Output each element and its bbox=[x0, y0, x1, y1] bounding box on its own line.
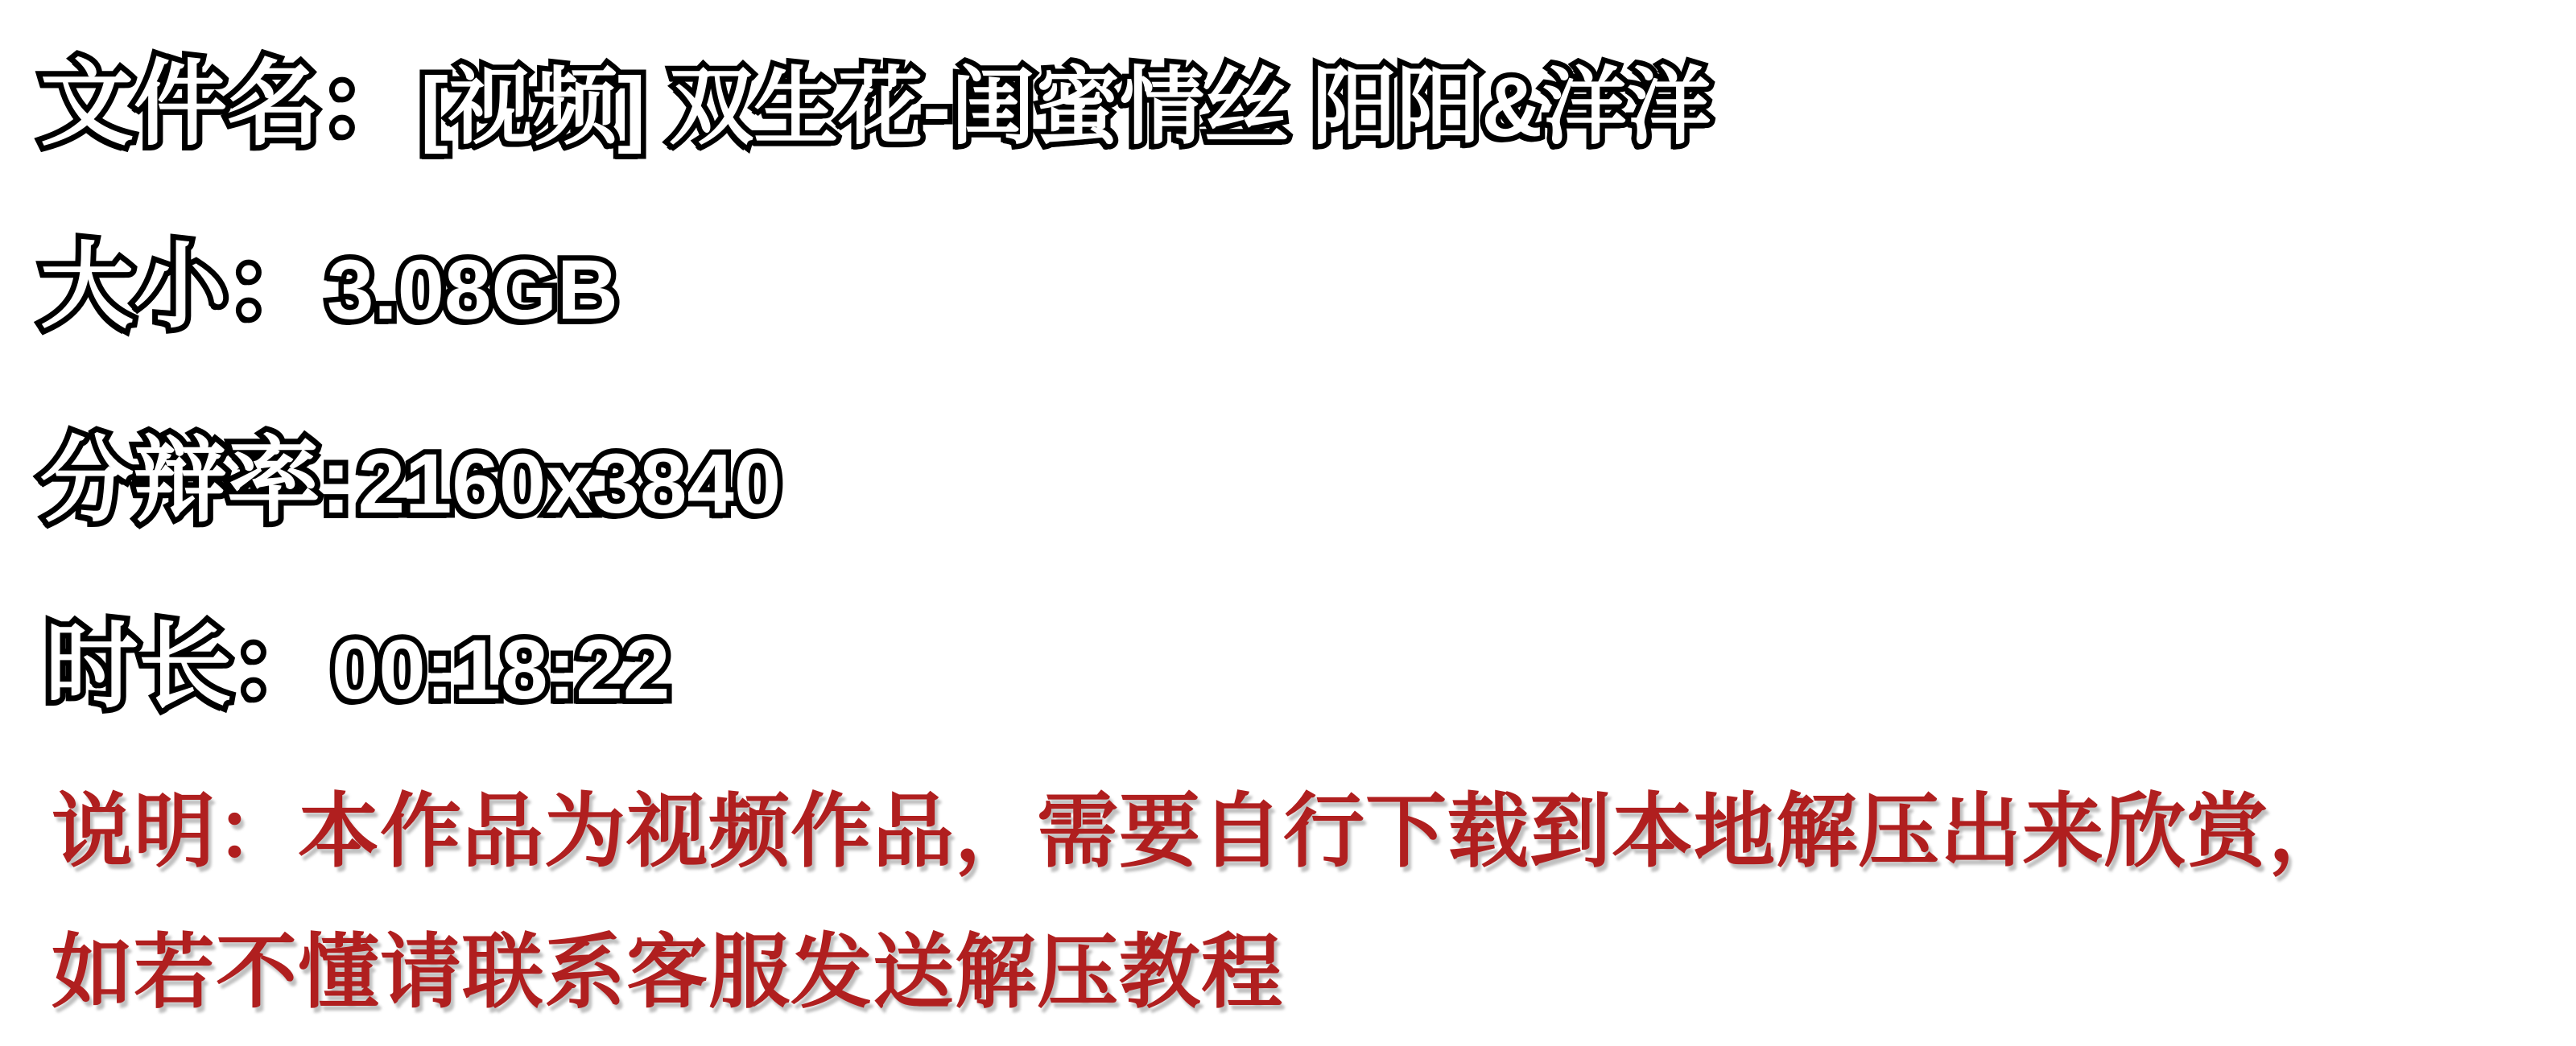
size-label-text: 大小： bbox=[40, 240, 320, 333]
field-row-size: 大小： 大小： 3.08GB 3.08GB bbox=[40, 240, 618, 333]
page-background: 文件名： 文件名： [视频] 双生花-闺蜜情丝 阳阳&洋洋 [视频] 双生花-闺… bbox=[0, 0, 2576, 1046]
note-line-2: 如若不懂请联系客服发送解压教程 bbox=[52, 933, 1283, 1014]
field-row-duration: 时长： 时长： 00:18:22 00:18:22 bbox=[45, 620, 670, 713]
field-row-filename: 文件名： 文件名： [视频] 双生花-闺蜜情丝 阳阳&洋洋 [视频] 双生花-闺… bbox=[40, 57, 1711, 150]
filename-label: 文件名： 文件名： bbox=[40, 57, 414, 150]
size-value-text: 3.08GB bbox=[327, 248, 618, 332]
filename-label-text: 文件名： bbox=[40, 57, 414, 150]
note-label: 说明： bbox=[52, 787, 298, 877]
duration-value-text: 00:18:22 bbox=[332, 628, 670, 712]
note-line-2-text: 如若不懂请联系客服发送解压教程 bbox=[52, 928, 1283, 1018]
filename-value-text: [视频] 双生花-闺蜜情丝 阳阳&洋洋 bbox=[420, 65, 1711, 150]
filename-value: [视频] 双生花-闺蜜情丝 阳阳&洋洋 [视频] 双生花-闺蜜情丝 阳阳&洋洋 bbox=[420, 65, 1711, 150]
resolution-label-text: 分辩率: bbox=[40, 434, 352, 527]
size-value: 3.08GB 3.08GB bbox=[327, 248, 618, 332]
duration-value: 00:18:22 00:18:22 bbox=[332, 628, 670, 712]
resolution-label: 分辩率: 分辩率: bbox=[40, 434, 352, 527]
note-line-1-text: 本作品为视频作品，需要自行下载到本地解压出来欣赏， bbox=[298, 787, 2351, 877]
resolution-value-text: 2160x3840 bbox=[358, 442, 782, 526]
note-line-1: 说明：本作品为视频作品，需要自行下载到本地解压出来欣赏， bbox=[52, 792, 2351, 873]
resolution-value: 2160x3840 2160x3840 bbox=[358, 442, 782, 526]
duration-label: 时长： 时长： bbox=[45, 620, 325, 713]
duration-label-text: 时长： bbox=[45, 620, 325, 713]
field-row-resolution: 分辩率: 分辩率: 2160x3840 2160x3840 bbox=[40, 434, 781, 527]
size-label: 大小： 大小： bbox=[40, 240, 320, 333]
